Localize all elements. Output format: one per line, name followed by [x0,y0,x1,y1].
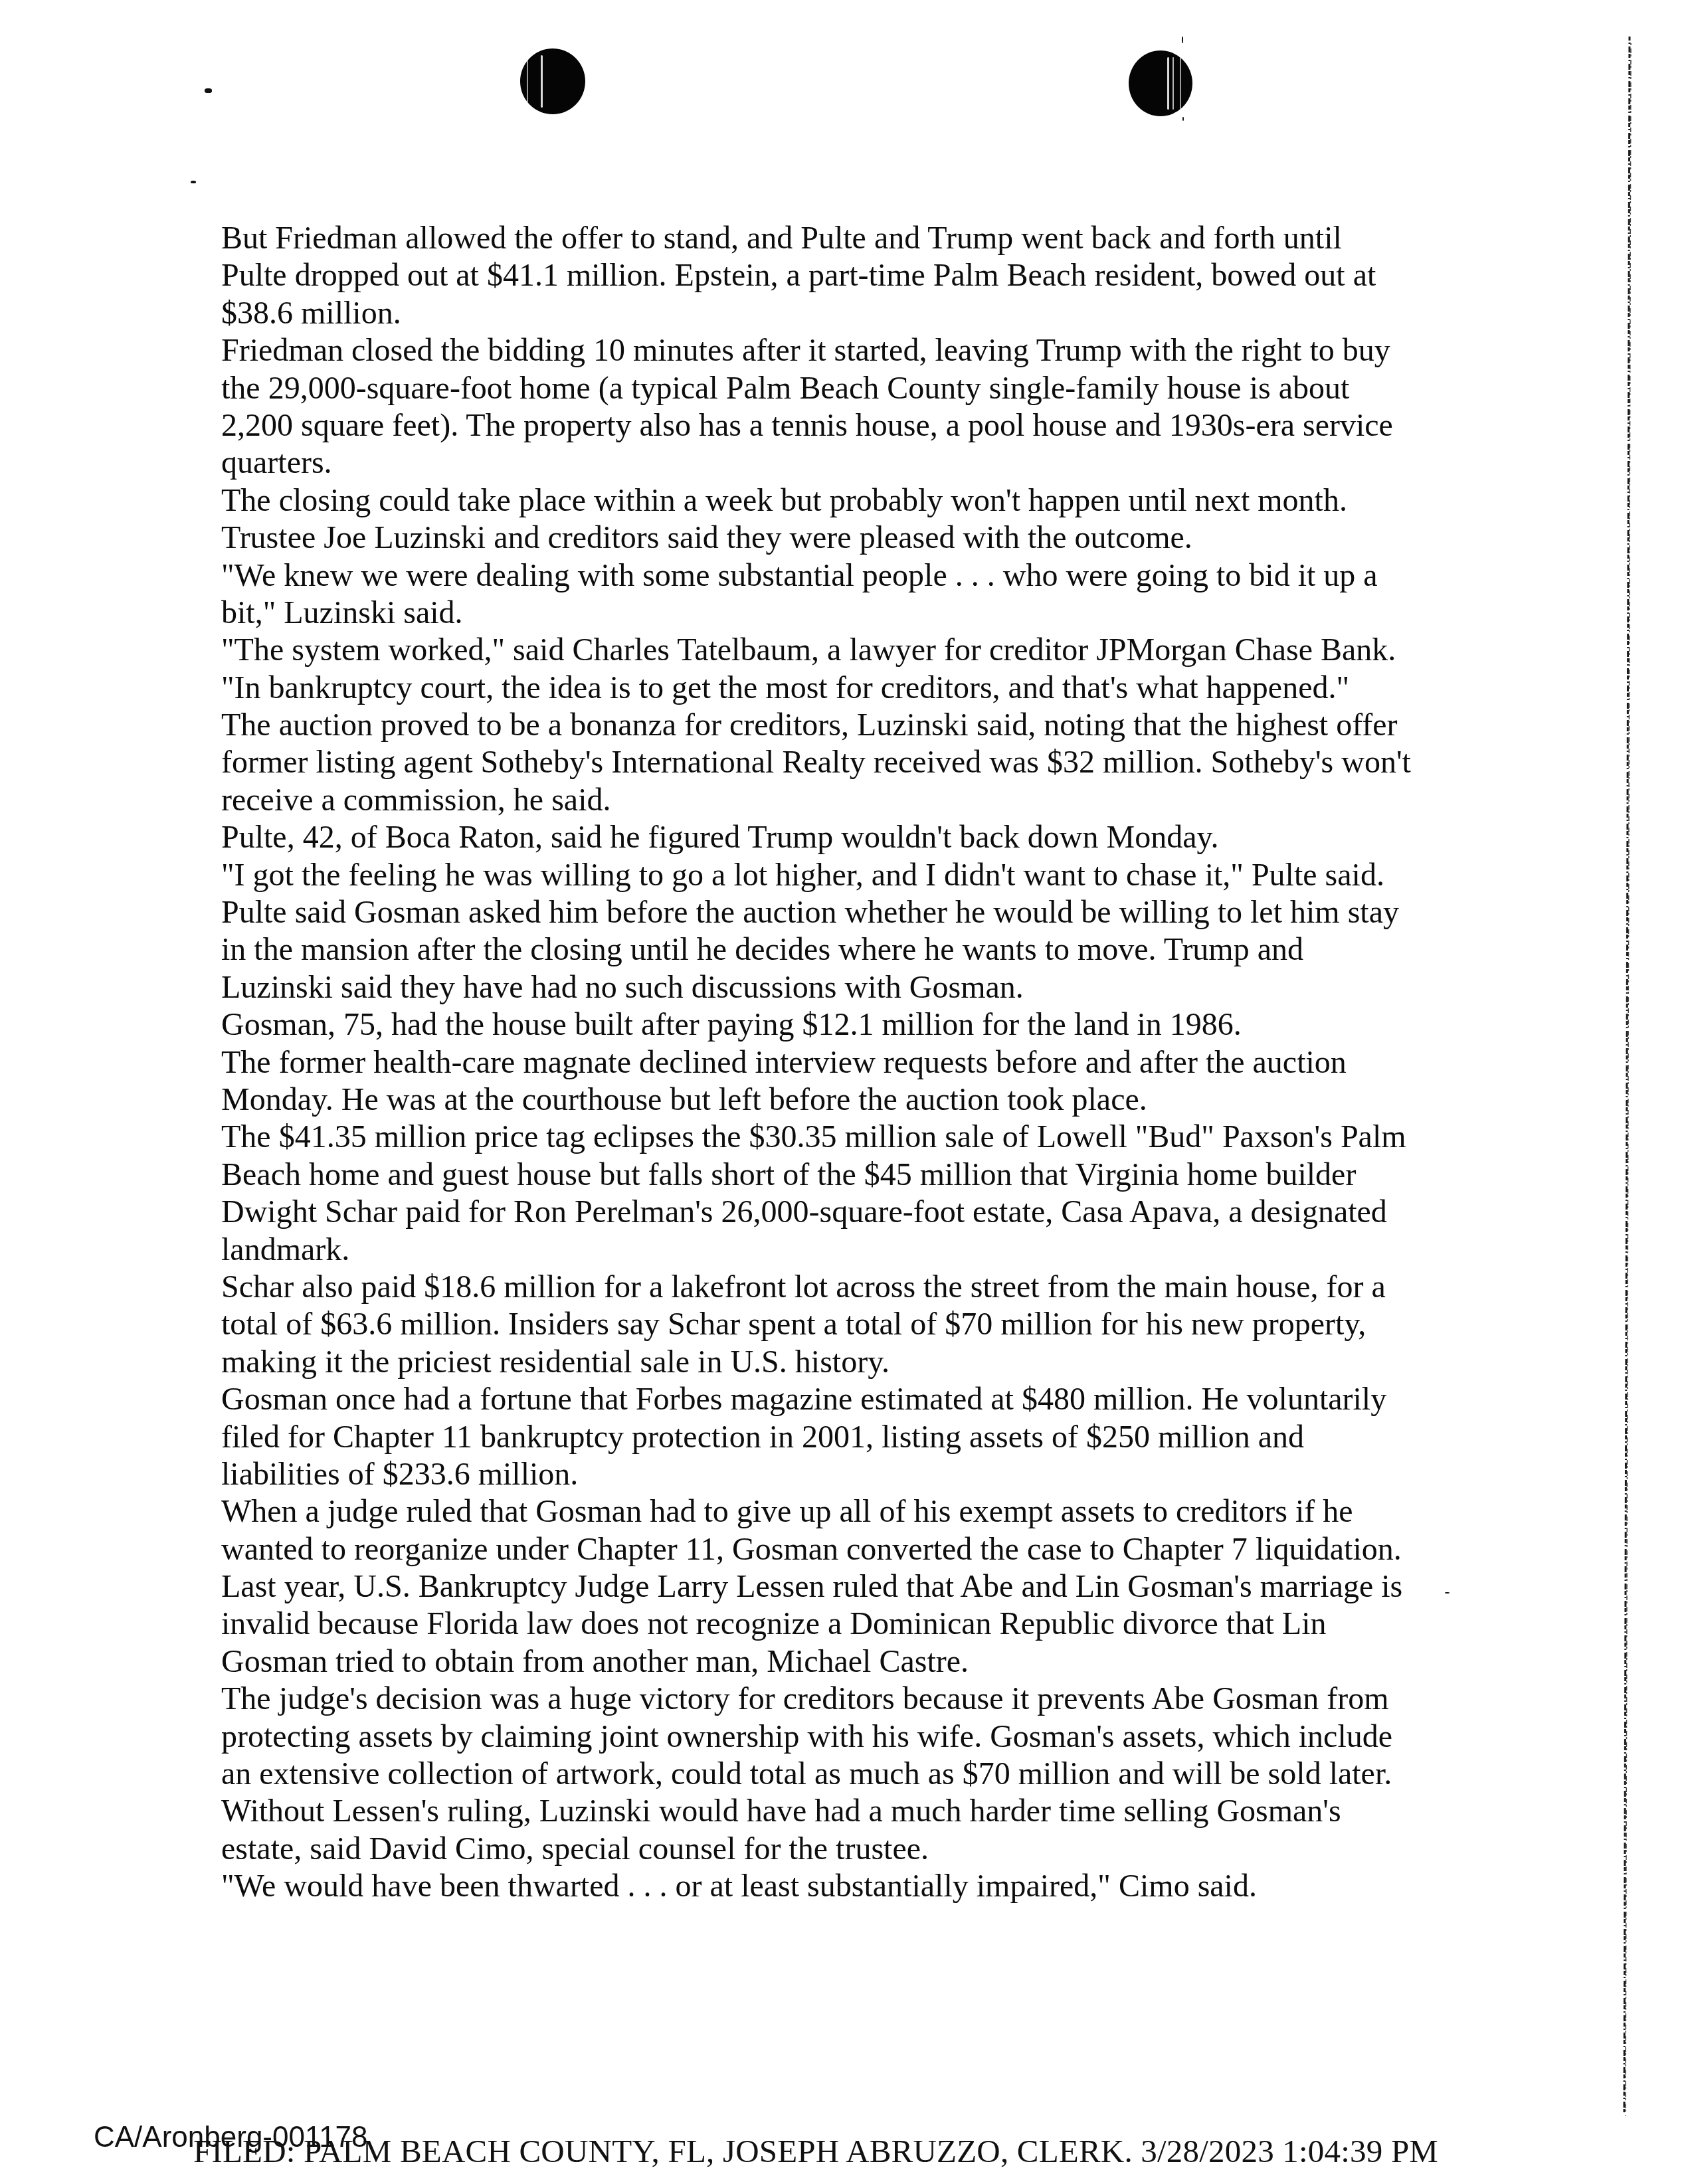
scan-speck [191,181,196,183]
text-line: $38.6 million. [221,295,1457,332]
text-line: "In bankruptcy court, the idea is to get… [221,670,1457,707]
text-line: Pulte said Gosman asked him before the a… [221,894,1457,931]
scan-speck [1182,37,1183,43]
punch-hole-right-icon [1129,50,1192,116]
paragraph: Pulte, 42, of Boca Raton, said he figure… [221,819,1457,856]
text-line: bit," Luzinski said. [221,594,1457,632]
text-line: Gosman, 75, had the house built after pa… [221,1006,1457,1044]
paragraph: "I got the feeling he was willing to go … [221,857,1457,894]
paragraph: "The system worked," said Charles Tatelb… [221,632,1457,669]
text-line: Pulte, 42, of Boca Raton, said he figure… [221,819,1457,856]
scan-edge-line [1618,37,1634,2119]
text-line: The former health-care magnate declined … [221,1044,1457,1081]
text-line: in the mansion after the closing until h… [221,931,1457,968]
text-line: filed for Chapter 11 bankruptcy protecti… [221,1419,1457,1456]
text-line: Last year, U.S. Bankruptcy Judge Larry L… [221,1568,1457,1605]
text-line: Trustee Joe Luzinski and creditors said … [221,519,1457,557]
paragraph: The closing could take place within a we… [221,482,1457,519]
article-body: But Friedman allowed the offer to stand,… [221,220,1457,1906]
paragraph: "We would have been thwarted . . . or at… [221,1868,1457,1905]
paragraph: The $41.35 million price tag eclipses th… [221,1119,1457,1269]
text-line: "The system worked," said Charles Tatelb… [221,632,1457,669]
text-line: an extensive collection of artwork, coul… [221,1756,1457,1793]
text-line: 2,200 square feet). The property also ha… [221,407,1457,444]
paragraph: The former health-care magnate declined … [221,1044,1457,1119]
text-line: landmark. [221,1231,1457,1269]
text-line: Monday. He was at the courthouse but lef… [221,1081,1457,1119]
paragraph: Pulte said Gosman asked him before the a… [221,894,1457,1006]
paragraph: Friedman closed the bidding 10 minutes a… [221,332,1457,482]
scan-speck [1182,117,1184,121]
paragraph: But Friedman allowed the offer to stand,… [221,220,1457,332]
paragraph: "In bankruptcy court, the idea is to get… [221,670,1457,707]
text-line: liabilities of $233.6 million. [221,1456,1457,1493]
text-line: protecting assets by claiming joint owne… [221,1718,1457,1756]
text-line: total of $63.6 million. Insiders say Sch… [221,1306,1457,1343]
text-line: the 29,000-square-foot home (a typical P… [221,370,1457,407]
text-line: The auction proved to be a bonanza for c… [221,707,1457,744]
paragraph: Last year, U.S. Bankruptcy Judge Larry L… [221,1568,1457,1681]
text-line: Beach home and guest house but falls sho… [221,1156,1457,1194]
text-line: wanted to reorganize under Chapter 11, G… [221,1531,1457,1568]
text-line: Schar also paid $18.6 million for a lake… [221,1269,1457,1306]
text-line: invalid because Florida law does not rec… [221,1605,1457,1643]
paragraph: "We knew we were dealing with some subst… [221,557,1457,632]
bates-number: CA/Aronberg-001178 [94,2121,368,2154]
paragraph: Without Lessen's ruling, Luzinski would … [221,1793,1457,1868]
text-line: When a judge ruled that Gosman had to gi… [221,1493,1457,1530]
text-line: Gosman tried to obtain from another man,… [221,1643,1457,1681]
text-line: The closing could take place within a we… [221,482,1457,519]
text-line: Dwight Schar paid for Ron Perelman's 26,… [221,1194,1457,1231]
text-line: Pulte dropped out at $41.1 million. Epst… [221,257,1457,294]
paragraph: When a judge ruled that Gosman had to gi… [221,1493,1457,1568]
paragraph: Trustee Joe Luzinski and creditors said … [221,519,1457,557]
paragraph: Schar also paid $18.6 million for a lake… [221,1269,1457,1381]
text-line: receive a commission, he said. [221,782,1457,819]
text-line: But Friedman allowed the offer to stand,… [221,220,1457,257]
scan-speck [205,88,212,93]
text-line: Without Lessen's ruling, Luzinski would … [221,1793,1457,1830]
text-line: former listing agent Sotheby's Internati… [221,744,1457,781]
text-line: The judge's decision was a huge victory … [221,1681,1457,1718]
text-line: estate, said David Cimo, special counsel… [221,1831,1457,1868]
text-line: Friedman closed the bidding 10 minutes a… [221,332,1457,369]
paragraph: Gosman once had a fortune that Forbes ma… [221,1381,1457,1493]
text-line: making it the priciest residential sale … [221,1344,1457,1381]
punch-hole-left-icon [520,48,585,114]
text-line: Luzinski said they have had no such disc… [221,969,1457,1006]
text-line: "We knew we were dealing with some subst… [221,557,1457,594]
paragraph: The auction proved to be a bonanza for c… [221,707,1457,819]
text-line: Gosman once had a fortune that Forbes ma… [221,1381,1457,1418]
text-line: "We would have been thwarted . . . or at… [221,1868,1457,1905]
text-line: "I got the feeling he was willing to go … [221,857,1457,894]
paragraph: The judge's decision was a huge victory … [221,1681,1457,1793]
paragraph: Gosman, 75, had the house built after pa… [221,1006,1457,1044]
filing-stamp: FILED: PALM BEACH COUNTY, FL, JOSEPH ABR… [193,2135,1438,2168]
text-line: The $41.35 million price tag eclipses th… [221,1119,1457,1156]
text-line: quarters. [221,444,1457,482]
